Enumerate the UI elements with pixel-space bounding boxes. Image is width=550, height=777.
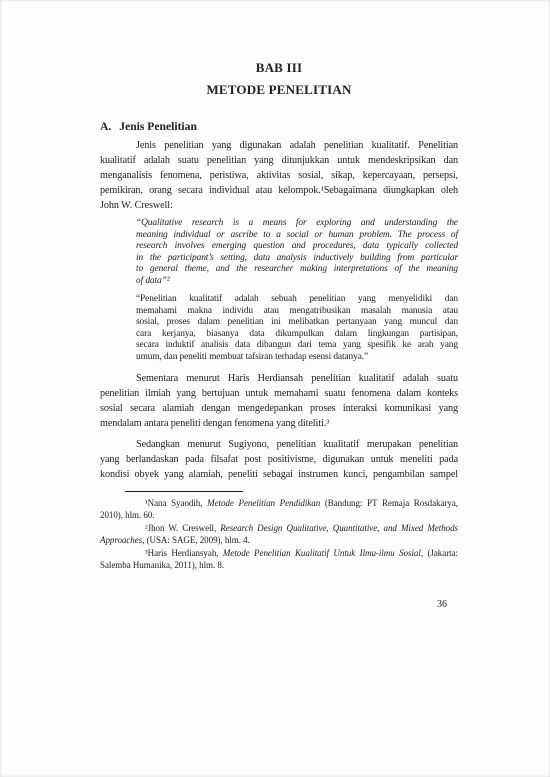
text-line: in the participant’s setting, data analy… xyxy=(136,253,458,265)
chapter-number: BAB III xyxy=(100,57,458,79)
page-content: BAB III METODE PENELITIAN A.Jenis Peneli… xyxy=(0,0,550,610)
text-line: Jenis penelitian yang digunakan adalah p… xyxy=(100,138,458,153)
footnote-text: , (USA: SAGE, 2009), hlm. 4. xyxy=(142,535,250,545)
text-line: yang berlandaskan pada filsafat post pos… xyxy=(100,452,458,467)
paragraph-herdiansah: Sementara menurut Haris Herdiansah penel… xyxy=(100,371,458,431)
text-line: mendalam antara peneliti dengan fenomena… xyxy=(100,416,458,431)
blockquote-creswell-indonesian: “Penelitian kualitatif adalah sebuah pen… xyxy=(136,294,458,363)
chapter-name: METODE PENELITIAN xyxy=(100,79,458,101)
document-page: BAB III METODE PENELITIAN A.Jenis Peneli… xyxy=(0,0,550,777)
footnote-text: ³Haris Herdiansyah, xyxy=(145,548,223,558)
footnotes-section: ¹Nana Syaodih, Metode Penelitian Pendidi… xyxy=(100,498,458,571)
text-line: Sementara menurut Haris Herdiansah penel… xyxy=(100,371,458,386)
text-line: penelitian ilmiah yang bertujuan untuk m… xyxy=(100,386,458,401)
text-line: John W. Creswell: xyxy=(100,198,458,213)
footnote-2: ²Jhon W. Creswell, Research Design Quali… xyxy=(100,523,458,546)
footnote-text: ¹Nana Syaodih, xyxy=(145,498,207,508)
footnote-text: ²Jhon W. Creswell, xyxy=(145,523,220,533)
text-line: kondisi obyek yang alamiah, peneliti seb… xyxy=(100,467,458,482)
section-heading: A.Jenis Penelitian xyxy=(100,119,458,134)
chapter-title: BAB III METODE PENELITIAN xyxy=(100,57,458,101)
text-line: memahami makna individu atau mengatribus… xyxy=(136,306,458,318)
text-line: research involves emerging question and … xyxy=(136,241,458,253)
footnote-1: ¹Nana Syaodih, Metode Penelitian Pendidi… xyxy=(100,498,458,521)
section-title: Jenis Penelitian xyxy=(119,120,197,133)
text-line: sosial secara alamiah dengan mengedepank… xyxy=(100,401,458,416)
text-line: umum, dan peneliti membuat tafsiran terh… xyxy=(136,352,458,364)
paragraph-sugiyono: Sedangkan menurut Sugiyono, penelitian k… xyxy=(100,437,458,482)
text-line: to general theme, and the researcher mak… xyxy=(136,264,458,276)
text-line: cara kerjanya, biasanya data dikumpulkan… xyxy=(136,329,458,341)
text-line: sosial, proses dalam penelitian ini meli… xyxy=(136,317,458,329)
footnote-separator xyxy=(125,491,243,492)
text-line: menganalisis fenomena, peristiwa, aktivi… xyxy=(100,168,458,183)
cited-work-title: Metode Penelitian Kualitatif Untuk Ilmu-… xyxy=(223,548,421,558)
footnote-3: ³Haris Herdiansyah, Metode Penelitian Ku… xyxy=(100,548,458,571)
cited-work-title: Metode Penelitian Pendidikan xyxy=(207,498,320,508)
page-number: 36 xyxy=(100,599,458,610)
paragraph-jenis-penelitian: Jenis penelitian yang digunakan adalah p… xyxy=(100,138,458,213)
text-line: of data”² xyxy=(136,276,458,288)
blockquote-creswell-english: “Qualitative research is a means for exp… xyxy=(136,218,458,287)
text-line: Sedangkan menurut Sugiyono, penelitian k… xyxy=(100,437,458,452)
text-line: “Penelitian kualitatif adalah sebuah pen… xyxy=(136,294,458,306)
text-line: kualitatif adalah suatu penelitian yang … xyxy=(100,153,458,168)
text-line: pemikiran, orang secara individual atau … xyxy=(100,183,458,198)
section-label: A. xyxy=(100,120,111,133)
text-line: secara induktif analisis data dibangun d… xyxy=(136,340,458,352)
text-line: “Qualitative research is a means for exp… xyxy=(136,218,458,230)
text-line: meaning individual or ascribe to a socia… xyxy=(136,230,458,242)
